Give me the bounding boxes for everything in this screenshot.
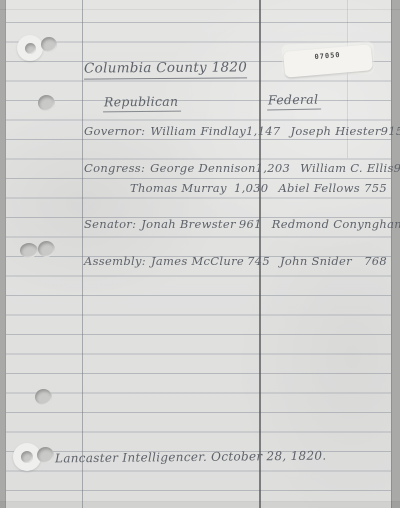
result-row-assembly: Assembly:James McClure 745 John Snider 7… <box>84 254 387 268</box>
federal-candidate: William C. Ellis <box>300 161 394 175</box>
page-title: Columbia County 1820 <box>84 59 247 79</box>
republican-votes: 745 <box>244 254 270 268</box>
federal-candidate: Abiel Fellows <box>278 181 360 195</box>
column-header-federal: Federal <box>267 92 322 111</box>
scanned-document-page: 07050 Columbia County 1820 Republican Fe… <box>0 0 400 508</box>
result-row-governor: Governor:William Findlay 1,147 Joseph Hi… <box>84 124 387 138</box>
republican-candidate: Thomas Murray <box>130 181 227 195</box>
federal-votes: 768 <box>364 254 387 268</box>
hole-punch <box>35 389 52 405</box>
federal-candidate: Joseph Hiester <box>290 124 380 138</box>
republican-votes: 1,203 <box>256 161 290 175</box>
republican-candidate: Jonah Brewster <box>141 217 235 231</box>
office-label: Assembly: <box>84 254 146 268</box>
result-row-congress-second: Thomas Murray 1,030 Abiel Fellows 755 <box>84 181 387 195</box>
republican-votes: 1,147 <box>246 124 280 138</box>
hole-punch <box>37 447 54 463</box>
republican-candidate: George Dennison <box>150 161 255 175</box>
federal-votes: 920 <box>394 161 400 175</box>
result-row-senator: Senator:Jonah Brewster 961 Redmond Conyn… <box>84 217 387 231</box>
republican-candidate: William Findlay <box>150 124 246 138</box>
republican-candidate: James McClure <box>151 254 244 268</box>
hole-punch <box>21 451 33 463</box>
margin-line <box>82 0 83 508</box>
federal-candidate: John Snider <box>280 254 352 268</box>
archive-number: 07050 <box>314 51 341 61</box>
paper-top-edge <box>0 9 400 10</box>
hole-punch <box>41 37 57 52</box>
result-row-congress: Congress:George Dennison 1,203 William C… <box>84 161 387 175</box>
republican-votes: 961 <box>236 217 262 231</box>
hole-punch <box>38 95 55 111</box>
office-label: Governor: <box>84 124 145 138</box>
republican-votes: 1,030 <box>234 181 268 195</box>
federal-candidate: Redmond Conyngham <box>272 217 400 231</box>
source-citation: Lancaster Intelligencer. October 28, 182… <box>55 449 327 466</box>
hole-punch <box>38 241 55 257</box>
hole-punch <box>20 243 38 258</box>
hole-punch <box>25 43 36 54</box>
column-header-republican: Republican <box>103 94 182 113</box>
federal-votes: 755 <box>364 181 387 195</box>
federal-votes: 915 <box>381 124 400 138</box>
office-label: Congress: <box>84 161 145 175</box>
hole-punch-reinforced <box>17 35 43 61</box>
office-label: Senator: <box>84 217 136 231</box>
